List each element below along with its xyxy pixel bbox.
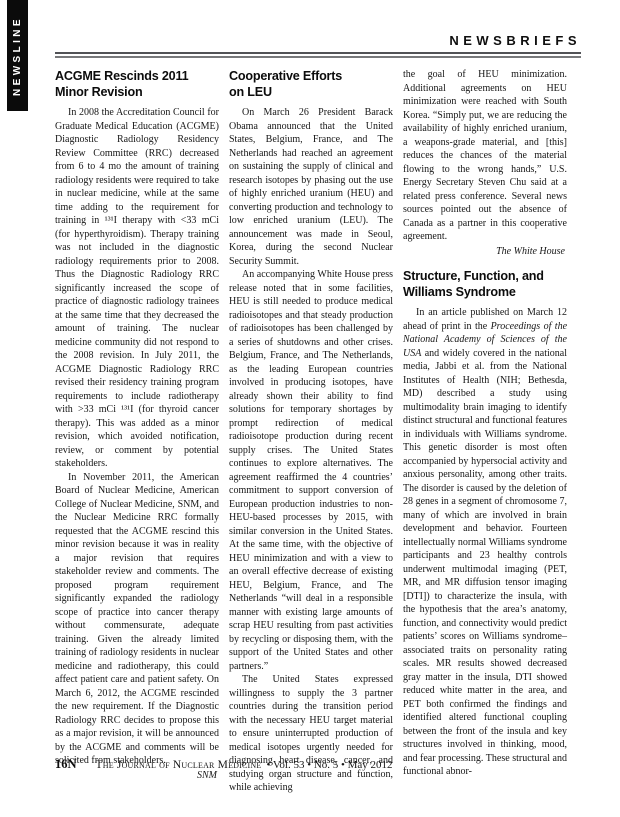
column-acgme: ACGME Rescinds 2011 Minor Revision In 20…	[55, 68, 219, 795]
acgme-paragraph-2: In November 2011, the American Board of …	[55, 471, 219, 768]
acgme-title-line-2: Minor Revision	[55, 84, 219, 100]
acgme-article-title: ACGME Rescinds 2011 Minor Revision	[55, 68, 219, 100]
page-footer: 16N The Journal of Nuclear Medicine • Vo…	[55, 757, 567, 772]
williams-paragraph-body: and widely covered in the national media…	[403, 348, 567, 778]
leu-paragraph-continuation: the goal of HEU minimization. Additional…	[403, 68, 567, 244]
williams-article-title: Structure, Function, and Williams Syndro…	[403, 268, 567, 300]
newsbriefs-title: NEWSBRIEFS	[55, 33, 581, 48]
journal-page: NEWSLINE NEWSBRIEFS ACGME Rescinds 2011 …	[0, 0, 620, 817]
page-number: 16N	[55, 757, 77, 772]
leu-paragraph-2: An accompanying White House press releas…	[229, 268, 393, 673]
acgme-paragraph-1: In 2008 the Accreditation Council for Gr…	[55, 106, 219, 471]
newsline-label: NEWSLINE	[12, 16, 23, 96]
leu-title-line-1: Cooperative Efforts	[229, 68, 393, 84]
williams-title-line-1: Structure, Function, and	[403, 268, 567, 284]
page-header: NEWSBRIEFS	[55, 0, 581, 58]
article-columns: ACGME Rescinds 2011 Minor Revision In 20…	[55, 68, 567, 795]
williams-paragraph: In an article published on March 12 ahea…	[403, 306, 567, 779]
leu-paragraph-3: The United States expressed willingness …	[229, 673, 393, 795]
newsline-sidebar-tab: NEWSLINE	[7, 0, 28, 111]
journal-name: The Journal of Nuclear Medicine	[96, 759, 262, 771]
williams-title-line-2: Williams Syndrome	[403, 284, 567, 300]
acgme-title-line-1: ACGME Rescinds 2011	[55, 68, 219, 84]
header-rule	[55, 52, 581, 58]
column-leu: Cooperative Efforts on LEU On March 26 P…	[229, 68, 393, 795]
journal-issue-info: • Vol. 53 • No. 5 • May 2012	[266, 759, 392, 771]
leu-title-line-2: on LEU	[229, 84, 393, 100]
leu-paragraph-1: On March 26 President Barack Obama annou…	[229, 106, 393, 268]
leu-article-title: Cooperative Efforts on LEU	[229, 68, 393, 100]
leu-attribution: The White House	[403, 245, 565, 259]
column-williams: the goal of HEU minimization. Additional…	[403, 68, 567, 795]
